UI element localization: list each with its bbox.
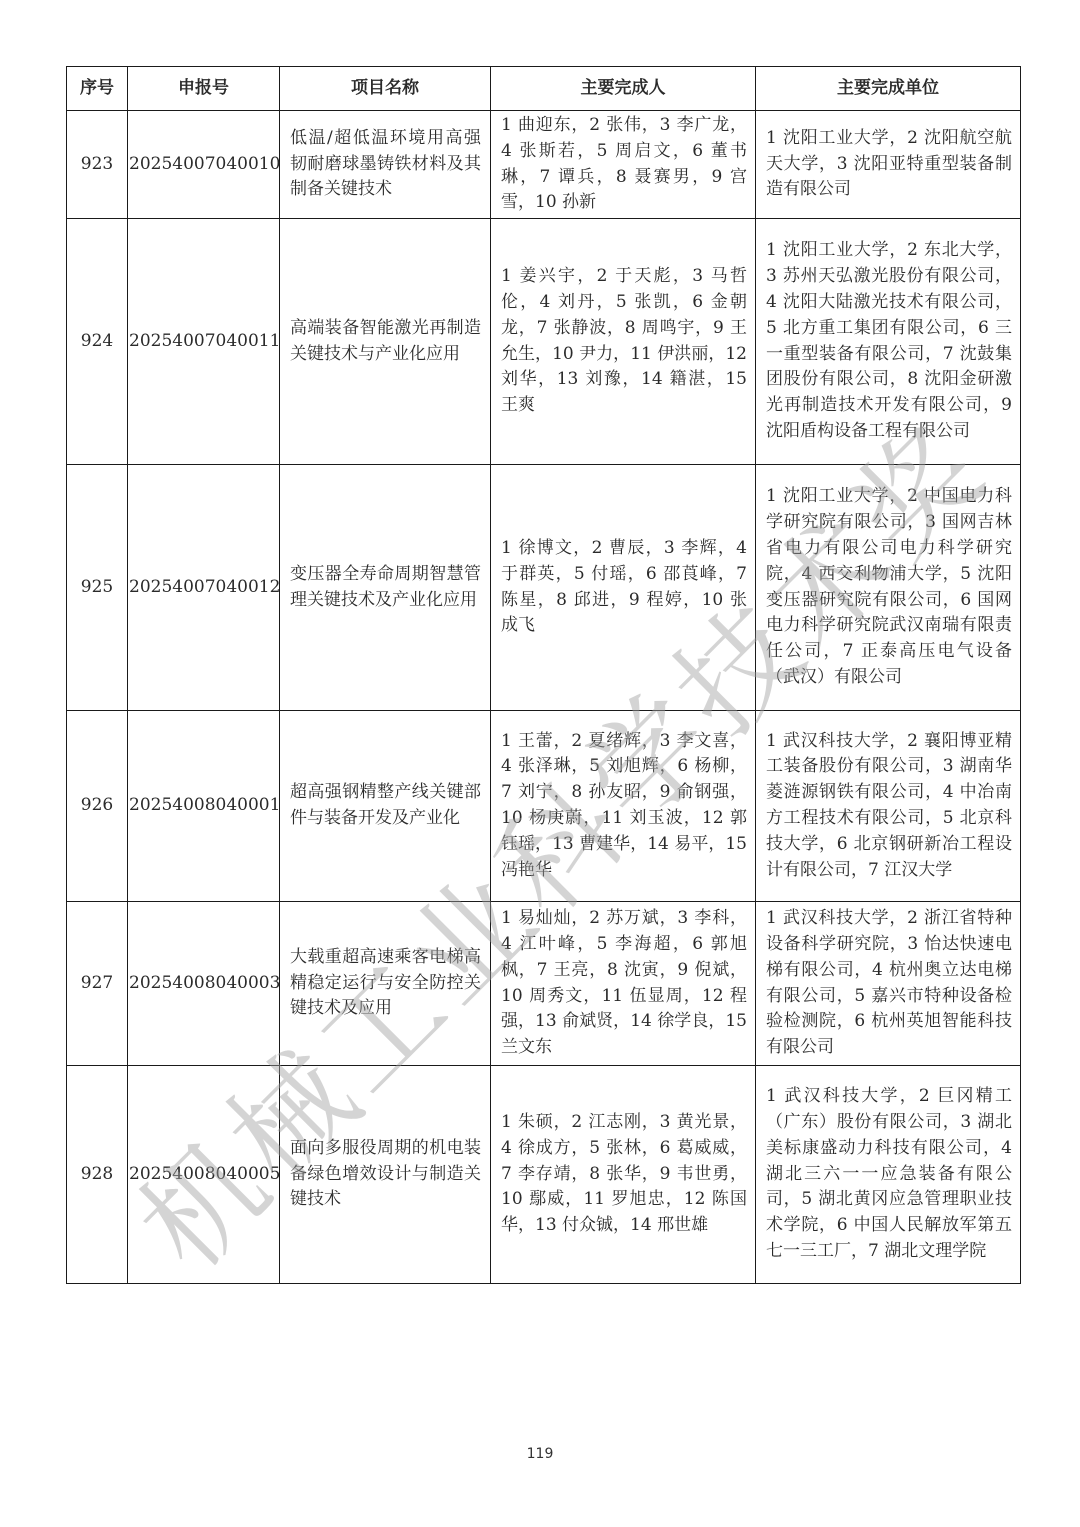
page-number: 119: [0, 1446, 1080, 1462]
header-project-name: 项目名称: [280, 67, 491, 111]
table-row: 927 20254008040003 大载重超高速乘客电梯高精稳定运行与安全防控…: [67, 902, 1021, 1066]
cell-seq: 924: [67, 219, 128, 465]
header-seq: 序号: [67, 67, 128, 111]
header-main-units: 主要完成单位: [756, 67, 1021, 111]
header-main-contributors: 主要完成人: [491, 67, 756, 111]
award-table: 序号 申报号 项目名称 主要完成人 主要完成单位 923 20254007040…: [66, 66, 1021, 1284]
document-page: 序号 申报号 项目名称 主要完成人 主要完成单位 923 20254007040…: [0, 0, 1080, 1527]
cell-main-contributors: 1 朱硕，2 江志刚，3 黄光景，4 徐成方，5 张林，6 葛威威，7 李存靖，…: [491, 1066, 756, 1284]
cell-application-no: 20254008040001: [128, 711, 280, 902]
cell-main-contributors: 1 徐博文，2 曹辰，3 李辉，4 于群英，5 付瑶，6 邵莨峰，7 陈星，8 …: [491, 465, 756, 711]
table-row: 928 20254008040005 面向多服役周期的机电装备绿色增效设计与制造…: [67, 1066, 1021, 1284]
cell-main-contributors: 1 易灿灿，2 苏万斌，3 李科，4 江叶峰，5 李海超，6 郭旭枫，7 王亮，…: [491, 902, 756, 1066]
cell-project-name: 面向多服役周期的机电装备绿色增效设计与制造关键技术: [280, 1066, 491, 1284]
cell-application-no: 20254008040003: [128, 902, 280, 1066]
cell-main-units: 1 沈阳工业大学，2 中国电力科学研究院有限公司，3 国网吉林省电力有限公司电力…: [756, 465, 1021, 711]
cell-application-no: 20254007040010: [128, 111, 280, 219]
cell-project-name: 超高强钢精整产线关键部件与装备开发及产业化: [280, 711, 491, 902]
cell-application-no: 20254007040012: [128, 465, 280, 711]
cell-project-name: 变压器全寿命周期智慧管理关键技术及产业化应用: [280, 465, 491, 711]
table-row: 925 20254007040012 变压器全寿命周期智慧管理关键技术及产业化应…: [67, 465, 1021, 711]
cell-main-units: 1 武汉科技大学，2 巨冈精工（广东）股份有限公司，3 湖北美标康盛动力科技有限…: [756, 1066, 1021, 1284]
cell-main-units: 1 武汉科技大学，2 襄阳博亚精工装备股份有限公司，3 湖南华菱涟源钢铁有限公司…: [756, 711, 1021, 902]
cell-main-contributors: 1 王蕾，2 夏绪辉，3 李文喜，4 张泽琳，5 刘旭辉，6 杨柳，7 刘宁，8…: [491, 711, 756, 902]
cell-seq: 923: [67, 111, 128, 219]
cell-application-no: 20254008040005: [128, 1066, 280, 1284]
cell-project-name: 大载重超高速乘客电梯高精稳定运行与安全防控关键技术及应用: [280, 902, 491, 1066]
cell-seq: 928: [67, 1066, 128, 1284]
cell-seq: 925: [67, 465, 128, 711]
cell-application-no: 20254007040011: [128, 219, 280, 465]
cell-main-contributors: 1 曲迎东，2 张伟，3 李广龙，4 张斯若，5 周启文，6 董书琳，7 谭兵，…: [491, 111, 756, 219]
cell-main-units: 1 武汉科技大学，2 浙江省特种设备科学研究院，3 怡达快速电梯有限公司，4 杭…: [756, 902, 1021, 1066]
table-row: 923 20254007040010 低温/超低温环境用高强韧耐磨球墨铸铁材料及…: [67, 111, 1021, 219]
cell-seq: 927: [67, 902, 128, 1066]
cell-project-name: 高端装备智能激光再制造关键技术与产业化应用: [280, 219, 491, 465]
cell-main-units: 1 沈阳工业大学，2 沈阳航空航天大学，3 沈阳亚特重型装备制造有限公司: [756, 111, 1021, 219]
table-header-row: 序号 申报号 项目名称 主要完成人 主要完成单位: [67, 67, 1021, 111]
cell-seq: 926: [67, 711, 128, 902]
table-row: 924 20254007040011 高端装备智能激光再制造关键技术与产业化应用…: [67, 219, 1021, 465]
cell-main-units: 1 沈阳工业大学，2 东北大学，3 苏州天弘激光股份有限公司，4 沈阳大陆激光技…: [756, 219, 1021, 465]
cell-project-name: 低温/超低温环境用高强韧耐磨球墨铸铁材料及其制备关键技术: [280, 111, 491, 219]
table-row: 926 20254008040001 超高强钢精整产线关键部件与装备开发及产业化…: [67, 711, 1021, 902]
cell-main-contributors: 1 姜兴宇，2 于天彪，3 马哲伦，4 刘丹，5 张凯，6 金朝龙，7 张静波，…: [491, 219, 756, 465]
header-application-no: 申报号: [128, 67, 280, 111]
